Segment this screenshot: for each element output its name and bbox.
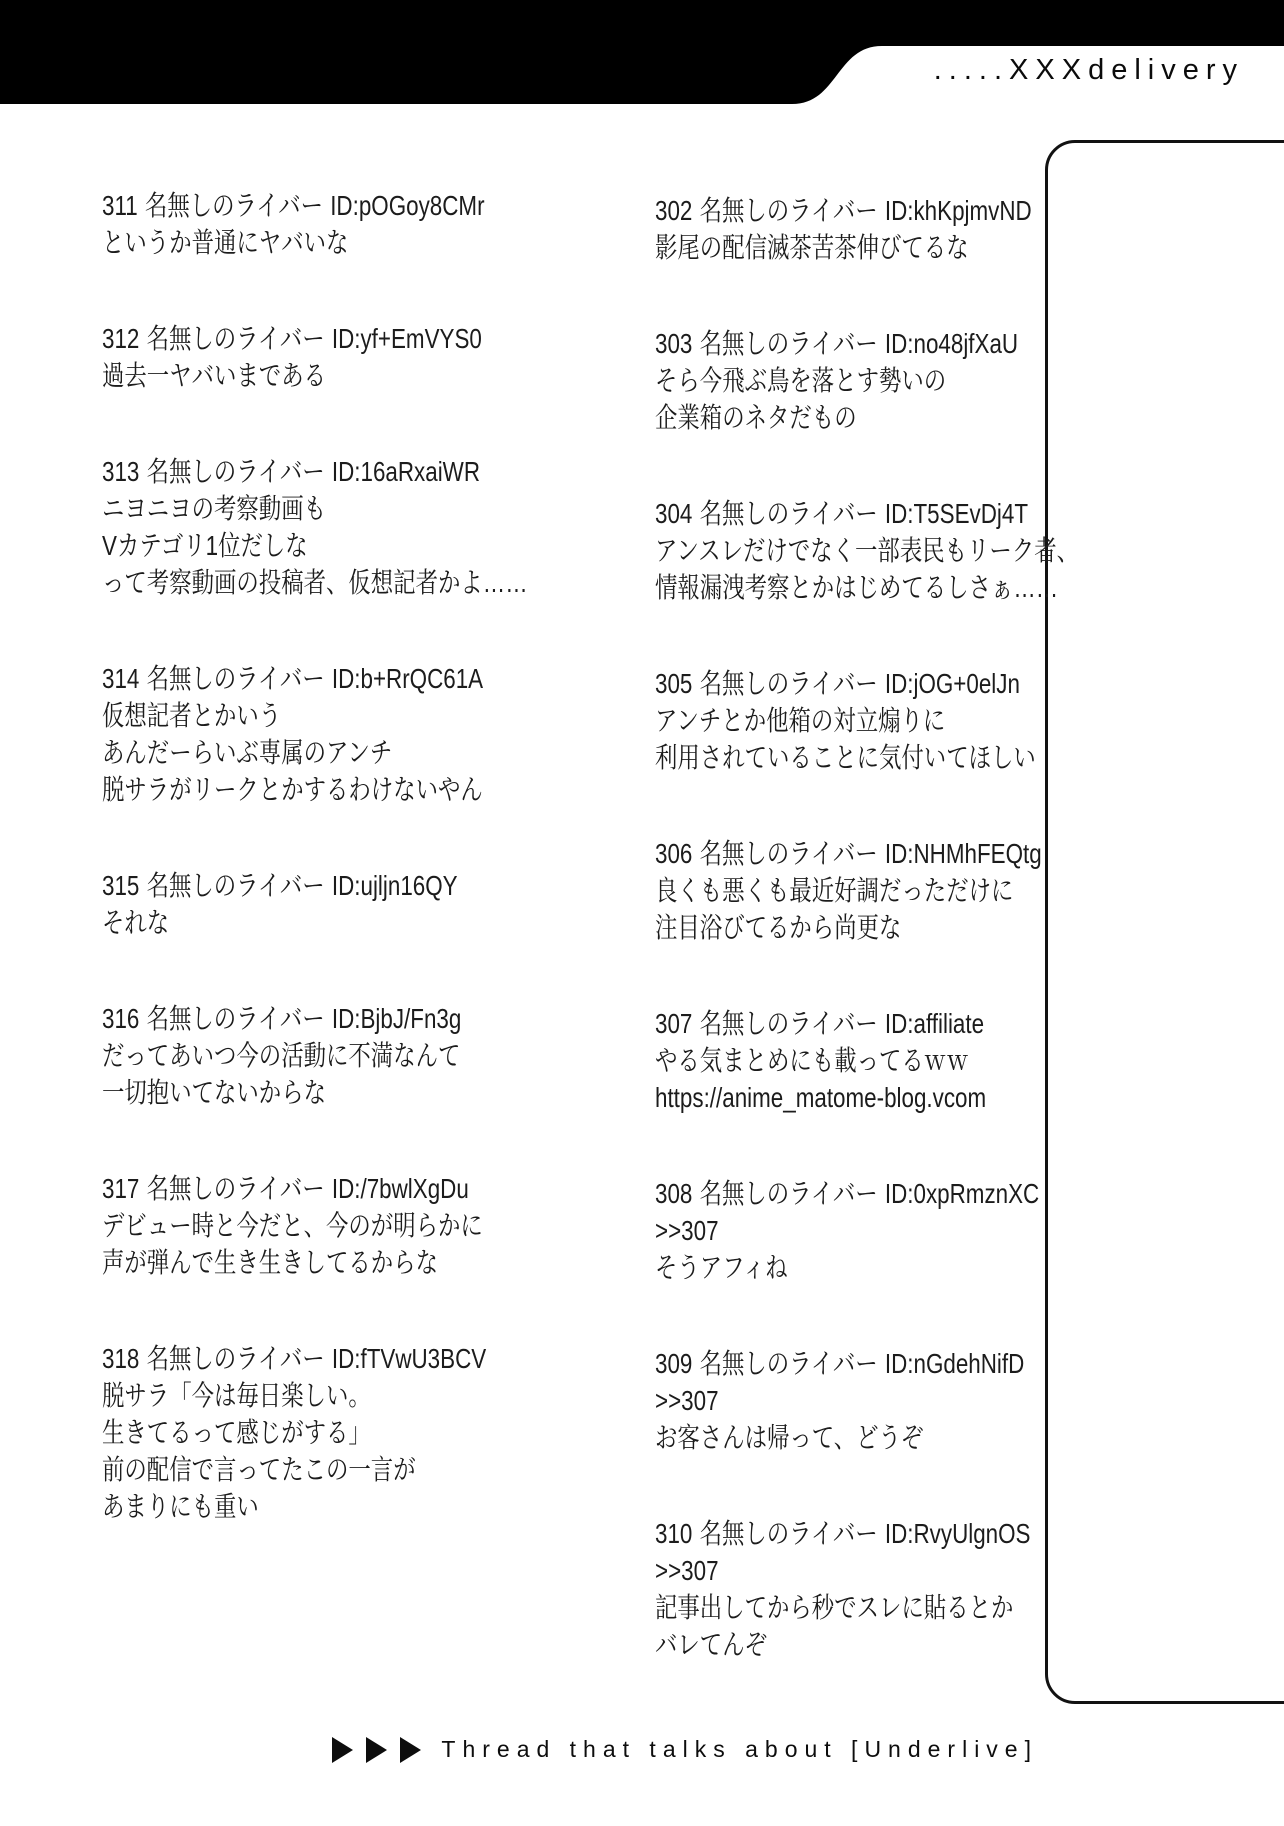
poster-name: 名無しのライバー	[700, 838, 878, 869]
post-line: アンチとか他箱の対立煽りに	[655, 702, 1135, 739]
poster-name: 名無しのライバー	[147, 870, 325, 901]
post-url: https://anime_matome-blog.vcom	[655, 1079, 1135, 1116]
post-line: というか普通にヤバいな	[102, 224, 582, 261]
poster-name: 名無しのライバー	[147, 1173, 325, 1204]
post-line: ニヨニヨの考察動画も	[102, 490, 582, 527]
post-id: ID:pOGoy8CMr	[330, 190, 484, 221]
post-line: Vカテゴリ1位だしな	[102, 527, 582, 564]
post-line: あんだーらいぶ専属のアンチ	[102, 734, 582, 771]
post-number: 312	[102, 323, 139, 354]
post-line: 仮想記者とかいう	[102, 697, 582, 734]
play-triangle-icon	[332, 1737, 353, 1763]
post-header: 312名無しのライバーID:yf+EmVYS0	[102, 320, 582, 357]
post-number: 316	[102, 1003, 139, 1034]
post-line: デビュー時と今だと、今のが明らかに	[102, 1207, 582, 1244]
post-number: 313	[102, 456, 139, 487]
post: 307名無しのライバーID:affiliateやる気まとめにも載ってるｗｗhtt…	[655, 1005, 1135, 1116]
post-header: 306名無しのライバーID:NHMhFEQtg	[655, 835, 1135, 872]
post-id: ID:fTVwU3BCV	[332, 1343, 486, 1374]
poster-name: 名無しのライバー	[147, 663, 325, 694]
post: 302名無しのライバーID:khKpjmvND影尾の配信滅茶苦茶伸びてるな	[655, 192, 1135, 266]
post-id: ID:T5SEvDj4T	[885, 498, 1028, 529]
post-line: そら今飛ぶ鳥を落とす勢いの	[655, 362, 1135, 399]
post-header: 302名無しのライバーID:khKpjmvND	[655, 192, 1135, 229]
post-header: 317名無しのライバーID:/7bwlXgDu	[102, 1170, 582, 1207]
post-line: あまりにも重い	[102, 1488, 582, 1525]
post-id: ID:ujljn16QY	[332, 870, 458, 901]
post-id: ID:khKpjmvND	[885, 195, 1032, 226]
post-line: 一切抱いてないからな	[102, 1074, 582, 1111]
post-number: 311	[102, 190, 138, 221]
post-id: ID:b+RrQC61A	[332, 663, 483, 694]
post-anchor-reference: >>307	[655, 1212, 1135, 1249]
footer: Thread that talks about [Underlive]	[332, 1736, 1038, 1763]
post-number: 314	[102, 663, 139, 694]
post-line: 過去一ヤバいまである	[102, 357, 582, 394]
post-header: 305名無しのライバーID:jOG+0elJn	[655, 665, 1135, 702]
post-number: 317	[102, 1173, 139, 1204]
post: 318名無しのライバーID:fTVwU3BCV脱サラ「今は毎日楽しい。生きてるっ…	[102, 1340, 582, 1525]
post: 310名無しのライバーID:RvyUlgnOS>>307記事出してから秒でスレに…	[655, 1515, 1135, 1663]
post-line: 記事出してから秒でスレに貼るとか	[655, 1589, 1135, 1626]
post-header: 304名無しのライバーID:T5SEvDj4T	[655, 495, 1135, 532]
post-number: 305	[655, 668, 692, 699]
post-line: 良くも悪くも最近好調だっただけに	[655, 872, 1135, 909]
brand-logo-text: .....XXXdelivery	[934, 54, 1244, 87]
poster-name: 名無しのライバー	[700, 1178, 878, 1209]
poster-name: 名無しのライバー	[147, 456, 325, 487]
post-id: ID:BjbJ/Fn3g	[332, 1003, 461, 1034]
post-header: 303名無しのライバーID:no48jfXaU	[655, 325, 1135, 362]
post: 309名無しのライバーID:nGdehNifD>>307お客さんは帰って、どうぞ	[655, 1345, 1135, 1456]
post: 303名無しのライバーID:no48jfXaUそら今飛ぶ鳥を落とす勢いの企業箱の…	[655, 325, 1135, 436]
post-id: ID:16aRxaiWR	[332, 456, 480, 487]
post: 315名無しのライバーID:ujljn16QYそれな	[102, 867, 582, 941]
post-number: 302	[655, 195, 692, 226]
post: 317名無しのライバーID:/7bwlXgDuデビュー時と今だと、今のが明らかに…	[102, 1170, 582, 1281]
post-line: アンスレだけでなく一部表民もリーク者、	[655, 532, 1135, 569]
post-number: 310	[655, 1518, 692, 1549]
post-line: 声が弾んで生き生きしてるからな	[102, 1244, 582, 1281]
post-header: 314名無しのライバーID:b+RrQC61A	[102, 660, 582, 697]
thread-column-right: 302名無しのライバーID:khKpjmvND影尾の配信滅茶苦茶伸びてるな303…	[655, 192, 1135, 1722]
poster-name: 名無しのライバー	[700, 328, 878, 359]
post-id: ID:RvyUlgnOS	[885, 1518, 1031, 1549]
post-id: ID:nGdehNifD	[885, 1348, 1024, 1379]
play-triangle-icon	[400, 1737, 421, 1763]
post: 311名無しのライバーID:pOGoy8CMrというか普通にヤバいな	[102, 187, 582, 261]
post-line: って考察動画の投稿者、仮想記者かよ……	[102, 564, 582, 601]
post-header: 309名無しのライバーID:nGdehNifD	[655, 1345, 1135, 1382]
post-id: ID:0xpRmznXC	[885, 1178, 1039, 1209]
footer-thread-title: Thread that talks about [Underlive]	[441, 1736, 1038, 1763]
post-id: ID:affiliate	[885, 1008, 984, 1039]
post-id: ID:no48jfXaU	[885, 328, 1018, 359]
post-number: 307	[655, 1008, 692, 1039]
post: 313名無しのライバーID:16aRxaiWRニヨニヨの考察動画もVカテゴリ1位…	[102, 453, 582, 601]
post-line: 生きてるって感じがする」	[102, 1414, 582, 1451]
post: 308名無しのライバーID:0xpRmznXC>>307そうアフィね	[655, 1175, 1135, 1286]
post-header: 318名無しのライバーID:fTVwU3BCV	[102, 1340, 582, 1377]
post-line: 利用されていることに気付いてほしい	[655, 739, 1135, 776]
post-id: ID:NHMhFEQtg	[885, 838, 1042, 869]
post-line: 情報漏洩考察とかはじめてるしさぁ……	[655, 569, 1135, 606]
post-line: 脱サラ「今は毎日楽しい。	[102, 1377, 582, 1414]
post-header: 307名無しのライバーID:affiliate	[655, 1005, 1135, 1042]
post-line: 注目浴びてるから尚更な	[655, 909, 1135, 946]
post-header: 310名無しのライバーID:RvyUlgnOS	[655, 1515, 1135, 1552]
post-line: 影尾の配信滅茶苦茶伸びてるな	[655, 229, 1135, 266]
post-id: ID:/7bwlXgDu	[332, 1173, 469, 1204]
poster-name: 名無しのライバー	[700, 195, 878, 226]
post-number: 315	[102, 870, 139, 901]
post-line: 脱サラがリークとかするわけないやん	[102, 771, 582, 808]
post-line: 前の配信で言ってたこの一言が	[102, 1451, 582, 1488]
post-header: 308名無しのライバーID:0xpRmznXC	[655, 1175, 1135, 1212]
poster-name: 名無しのライバー	[700, 1348, 878, 1379]
post-number: 309	[655, 1348, 692, 1379]
post: 314名無しのライバーID:b+RrQC61A仮想記者とかいうあんだーらいぶ専属…	[102, 660, 582, 808]
post: 316名無しのライバーID:BjbJ/Fn3gだってあいつ今の活動に不満なんて一…	[102, 1000, 582, 1111]
post-header: 315名無しのライバーID:ujljn16QY	[102, 867, 582, 904]
post-anchor-reference: >>307	[655, 1552, 1135, 1589]
poster-name: 名無しのライバー	[147, 1003, 325, 1034]
post-anchor-reference: >>307	[655, 1382, 1135, 1419]
post-number: 308	[655, 1178, 692, 1209]
post-number: 306	[655, 838, 692, 869]
poster-name: 名無しのライバー	[700, 1518, 878, 1549]
poster-name: 名無しのライバー	[700, 668, 878, 699]
top-banner	[0, 0, 1284, 104]
post-line: 企業箱のネタだもの	[655, 399, 1135, 436]
post-number: 303	[655, 328, 692, 359]
post-line: お客さんは帰って、どうぞ	[655, 1419, 1135, 1456]
post-id: ID:jOG+0elJn	[885, 668, 1020, 699]
post: 306名無しのライバーID:NHMhFEQtg良くも悪くも最近好調だっただけに注…	[655, 835, 1135, 946]
post-line: そうアフィね	[655, 1249, 1135, 1286]
post-line: やる気まとめにも載ってるｗｗ	[655, 1042, 1135, 1079]
post-line: バレてんぞ	[655, 1626, 1135, 1663]
post-line: それな	[102, 904, 582, 941]
post-id: ID:yf+EmVYS0	[332, 323, 482, 354]
post-header: 313名無しのライバーID:16aRxaiWR	[102, 453, 582, 490]
post-number: 318	[102, 1343, 139, 1374]
post: 305名無しのライバーID:jOG+0elJnアンチとか他箱の対立煽りに利用され…	[655, 665, 1135, 776]
post-header: 316名無しのライバーID:BjbJ/Fn3g	[102, 1000, 582, 1037]
poster-name: 名無しのライバー	[147, 323, 325, 354]
post-header: 311名無しのライバーID:pOGoy8CMr	[102, 187, 582, 224]
play-triangle-icon	[366, 1737, 387, 1763]
post: 304名無しのライバーID:T5SEvDj4Tアンスレだけでなく一部表民もリーク…	[655, 495, 1135, 606]
poster-name: 名無しのライバー	[145, 190, 323, 221]
page: .....XXXdelivery 311名無しのライバーID:pOGoy8CMr…	[0, 0, 1284, 1826]
post: 312名無しのライバーID:yf+EmVYS0過去一ヤバいまである	[102, 320, 582, 394]
poster-name: 名無しのライバー	[147, 1343, 325, 1374]
poster-name: 名無しのライバー	[700, 1008, 878, 1039]
post-line: だってあいつ今の活動に不満なんて	[102, 1037, 582, 1074]
thread-column-left: 311名無しのライバーID:pOGoy8CMrというか普通にヤバいな312名無し…	[102, 187, 582, 1584]
poster-name: 名無しのライバー	[700, 498, 878, 529]
post-number: 304	[655, 498, 692, 529]
